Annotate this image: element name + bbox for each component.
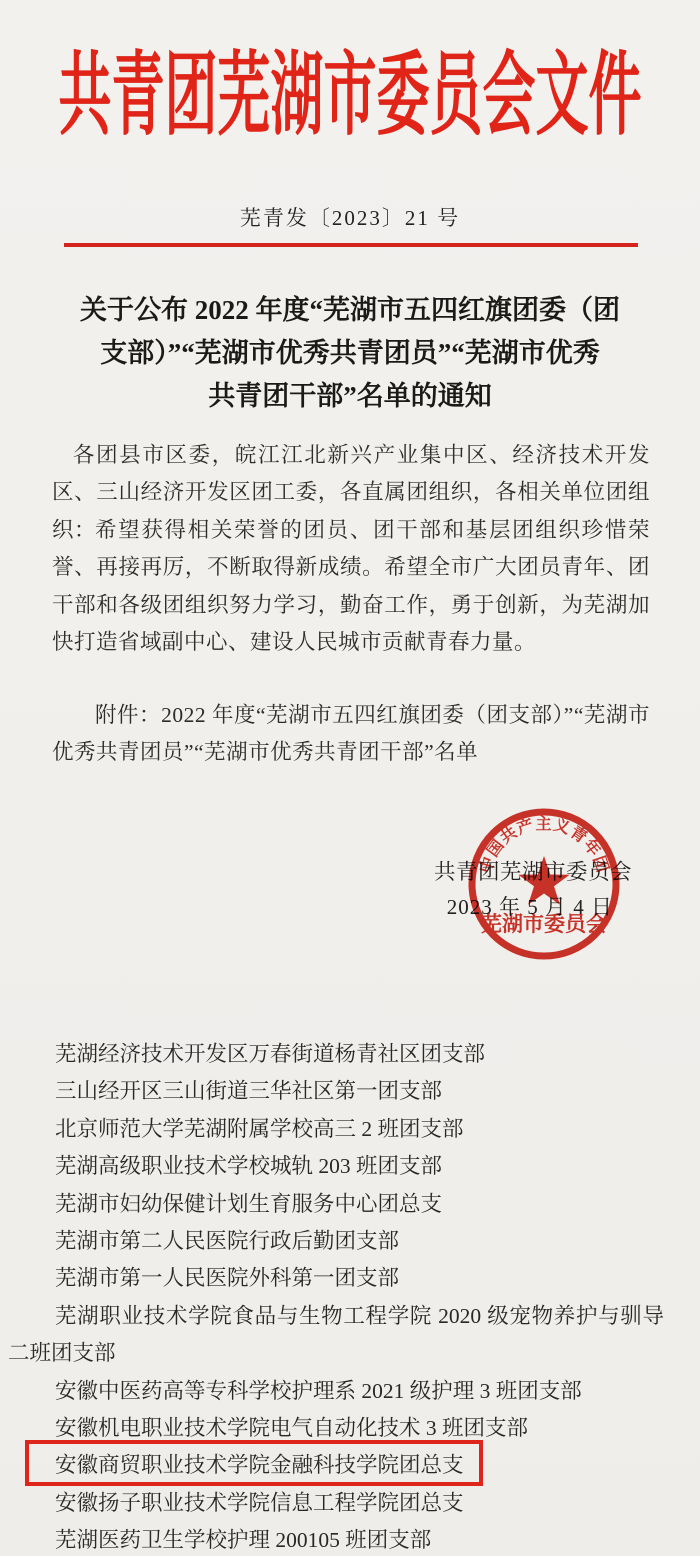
list-item-wrapped: 芜湖职业技术学院食品与生物工程学院 2020 级宠物养护与驯导二班团支部 <box>8 1298 664 1373</box>
seal-star-icon <box>518 856 569 905</box>
list-item: 芜湖市第二人民医院行政后勤团支部 <box>8 1223 664 1260</box>
list-item: 芜湖医药卫生学校护理 200105 班团支部 <box>8 1522 664 1556</box>
notice-title: 关于公布 2022 年度“芜湖市五四红旗团委（团 支部）”“芜湖市优秀共青团员”… <box>30 289 670 418</box>
award-list: 芜湖经济技术开发区万春街道杨青社区团支部 三山经开区三山街道三华社区第一团支部 … <box>8 1036 664 1556</box>
list-item: 芜湖高级职业技术学校城轨 203 班团支部 <box>8 1148 664 1185</box>
red-header-title-text: 共青团芜湖市委员会文件 <box>59 52 642 143</box>
notice-title-line-1: 关于公布 2022 年度“芜湖市五四红旗团委（团 <box>30 289 670 332</box>
attachment-note: 附件：2022 年度“芜湖市五四红旗团委（团支部）”“芜湖市优秀共青团员”“芜湖… <box>52 697 650 772</box>
list-item-highlighted: 安徽商贸职业技术学院金融科技学院团总支 <box>8 1447 664 1484</box>
body-paragraph: 希望获得相关荣誉的团员、团干部和基层团组织珍惜荣誉、再接再厉，不断取得新成绩。希… <box>52 512 650 662</box>
seal-bottom-text: 芜湖市委员会 <box>481 912 607 936</box>
list-item: 三山经开区三山街道三华社区第一团支部 <box>8 1073 664 1110</box>
document-page: 共青团芜湖市委员会文件 芜青发〔2023〕21 号 关于公布 2022 年度“芜… <box>0 0 700 1556</box>
list-item: 安徽扬子职业技术学院信息工程学院团总支 <box>8 1485 664 1522</box>
list-item: 芜湖市第一人民医院外科第一团支部 <box>8 1260 664 1297</box>
list-item: 安徽中医药高等专科学校护理系 2021 级护理 3 班团支部 <box>8 1373 664 1410</box>
official-seal: 中国共产主义青年团 芜湖市委员会 <box>462 804 626 964</box>
list-item: 安徽机电职业技术学院电气自动化技术 3 班团支部 <box>8 1410 664 1447</box>
notice-title-line-3: 共青团干部”名单的通知 <box>30 375 670 418</box>
list-item: 芜湖经济技术开发区万春街道杨青社区团支部 <box>8 1036 664 1073</box>
list-item: 北京师范大学芜湖附属学校高三 2 班团支部 <box>8 1111 664 1148</box>
red-divider-rule <box>64 243 638 247</box>
red-header-title: 共青团芜湖市委员会文件 <box>0 52 700 105</box>
list-item: 芜湖市妇幼保健计划生育服务中心团总支 <box>8 1186 664 1223</box>
doc-number: 芜青发〔2023〕21 号 <box>0 202 700 232</box>
notice-title-line-2: 支部）”“芜湖市优秀共青团员”“芜湖市优秀 <box>30 332 670 375</box>
